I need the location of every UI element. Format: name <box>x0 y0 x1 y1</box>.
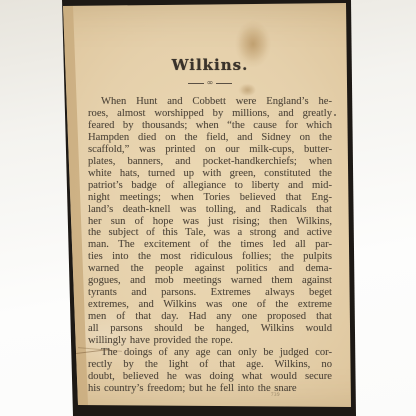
page-content: Wilkins. ∞ When Hunt and Cobbett were En… <box>88 56 332 395</box>
text-line: feared by thousands; when “the cause for… <box>88 120 332 132</box>
text-line: rectly by the light of that age. Wilkins… <box>88 359 332 371</box>
divider-ornament: ∞ <box>88 79 332 87</box>
text-line: his country’s freedom; but he fell into … <box>88 383 332 395</box>
text-line: doubt, believed he was doing what would … <box>88 371 332 383</box>
text-line: extremes, and Wilkins was one of the ext… <box>88 299 332 311</box>
photo-scene: Wilkins. ∞ When Hunt and Cobbett were En… <box>0 0 416 416</box>
scroll-ornament-icon: ∞ <box>204 79 217 87</box>
ornament-rule-right <box>216 83 232 84</box>
body-text: When Hunt and Cobbett were England’s he-… <box>88 96 332 395</box>
text-line: The doings of any age can only be judged… <box>88 347 332 359</box>
text-line: man. The excitement of the times led all… <box>88 239 332 251</box>
signature-mark: 739 <box>271 393 280 399</box>
text-line: tyrants and parsons. Extremes always beg… <box>88 287 332 299</box>
text-line: ties into the most ridiculous follies; t… <box>88 251 332 263</box>
text-line: white hats, turned up with green, consti… <box>88 168 332 180</box>
text-line: gogues, and mob meetings warned them aga… <box>88 275 332 287</box>
text-line: willingly have provided the rope. <box>88 335 332 347</box>
text-line: Hampden died on the field, and Sidney on… <box>88 132 332 144</box>
text-line: her sun of hope was just rising; then Wi… <box>88 216 332 228</box>
text-line: all parsons should be hanged, Wilkins wo… <box>88 323 332 335</box>
text-line: land’s death-knell was tolling, and Radi… <box>88 204 332 216</box>
text-line: night meetings; when Tories believed tha… <box>88 192 332 204</box>
text-line: the subject of this Tale, was a strong a… <box>88 227 332 239</box>
text-line: When Hunt and Cobbett were England’s he- <box>88 96 332 108</box>
text-line: scaffold,” was printed on our milk-cups,… <box>88 144 332 156</box>
ornament-rule-left <box>188 83 204 84</box>
page-title: Wilkins. <box>88 56 332 74</box>
text-line: warned the people against politics and d… <box>88 263 332 275</box>
text-line: roes, almost worshipped by millions, and… <box>88 108 332 120</box>
text-line: plates, banners, and pocket-handkerchief… <box>88 156 332 168</box>
text-line: men of that day. Had any one proposed th… <box>88 311 332 323</box>
paper-speck <box>334 114 336 116</box>
text-line: patriot’s badge of allegiance to liberty… <box>88 180 332 192</box>
